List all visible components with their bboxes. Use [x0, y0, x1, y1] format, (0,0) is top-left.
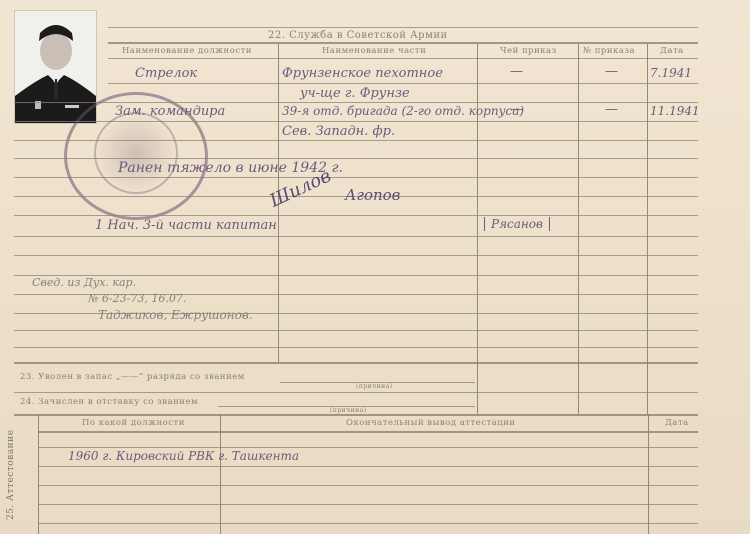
row1-order-no: — — [605, 64, 618, 79]
row1-position: Стрелок — [135, 66, 197, 81]
section-25-entry: 1960 г. Кировский РВК г. Ташкента — [68, 449, 299, 463]
col-unit-header: Наименование части — [322, 46, 426, 56]
row1-date: 7.1941 — [650, 66, 692, 80]
portrait-photo — [14, 10, 97, 124]
section-23-label: 23. Уволен в запас „——“ разряда со звани… — [20, 372, 245, 382]
row3-position: Зам. командира — [115, 104, 225, 119]
signature-name: Рясанов — [484, 217, 550, 231]
row1-unit: Фрунзенское пехотное — [282, 66, 443, 81]
section-24-sub: (причина) — [330, 407, 367, 414]
row1-order-by: — — [510, 64, 523, 79]
section-23-sub: (причина) — [356, 383, 393, 390]
sec25-col-position: По какой должности — [82, 418, 185, 428]
stamp-emblem — [94, 112, 178, 194]
row4-unit: Сев. Западн. фр. — [282, 124, 395, 139]
signature-title-line: 1 Нач. 3-й части капитан — [95, 218, 277, 233]
row3-unit: 39-я отд. бригада (2-го отд. корпуса) — [282, 104, 524, 118]
row3-date: 11.1941 — [650, 104, 700, 118]
row2-unit: уч-ще г. Фрунзе — [300, 86, 410, 101]
row3-order-no: — — [605, 102, 618, 117]
pencil-note-line1: Свед. из Дух. кар. — [32, 276, 136, 289]
pencil-note-line2: № 6-23-73, 16.07. — [88, 292, 186, 305]
pencil-note-line3: Таджиков, Ежрушонов. — [98, 308, 253, 322]
section-25-title: 25. Аттестование — [6, 430, 16, 520]
col-position-header: Наименование должности — [122, 46, 252, 56]
col-date-header: Дата — [660, 46, 684, 56]
section-24-label: 24. Зачислен в отставку со званием — [20, 397, 198, 407]
row3-order-by: — — [510, 102, 523, 117]
sec25-col-conclusion: Окончательный вывод аттестации — [346, 418, 516, 428]
archival-card: 22. Служба в Советской Армии Наименовани… — [0, 0, 750, 534]
section-22-title: 22. Служба в Советской Армии — [268, 30, 448, 41]
col-order-by-header: Чей приказ — [500, 46, 557, 56]
sec25-col-date: Дата — [665, 418, 689, 428]
col-order-no-header: № приказа — [583, 46, 635, 56]
signature-2: Агопов — [345, 186, 400, 204]
